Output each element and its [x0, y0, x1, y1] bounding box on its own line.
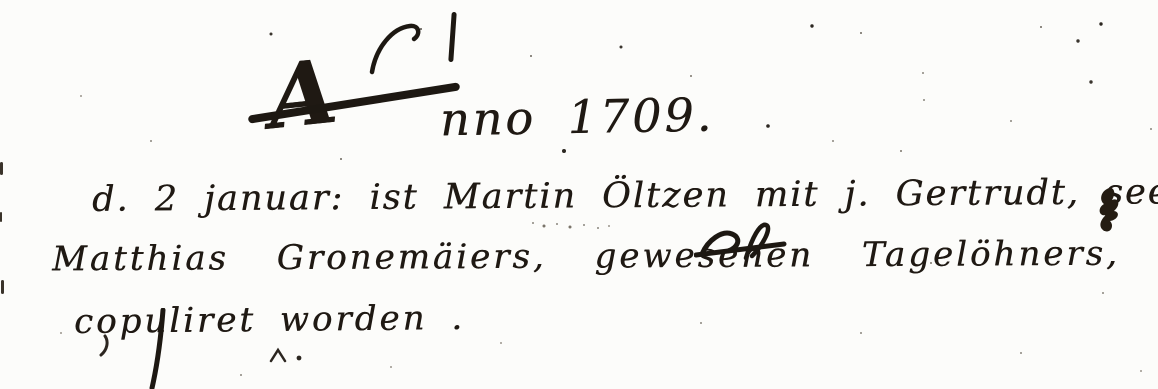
heading-initial: A: [264, 47, 341, 142]
heading-text: nno 1709.: [440, 88, 715, 147]
ink-tail-mark: [98, 334, 112, 358]
entry-line-1: d. 2 januar: ist Martin Öltzen mit j. Ge…: [92, 172, 1158, 220]
scan-edge-mark-1: [0, 162, 3, 175]
caret-mark: [266, 346, 308, 366]
scan-edge-mark-2: [0, 212, 2, 222]
crossed-out-word-scribble: [694, 218, 790, 264]
entry-line-3: copuliret worden .: [74, 298, 465, 342]
scan-edge-mark-3: [1, 280, 4, 294]
entry-line-2: Matthias Gronemäiers, gewesenen Tagelöhn…: [52, 233, 1158, 280]
pen-descender-stroke: [146, 308, 170, 389]
stray-pen-stroke: [448, 12, 456, 62]
document-page: A nno 1709. d. 2 januar: ist Martin Öltz…: [0, 0, 1158, 389]
initial-flourish: [366, 16, 428, 78]
margin-ink-blot: [1092, 184, 1126, 238]
paper-speckles: [0, 0, 2, 2]
